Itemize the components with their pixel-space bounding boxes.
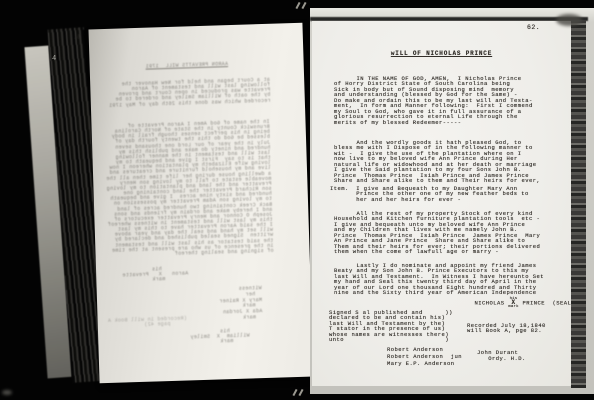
bleedthrough-will-body: In the name of God Amen I Aaron Prevatte…	[105, 120, 274, 259]
pencil-mark-top-2	[301, 2, 306, 9]
bleedthrough-title-text: AARON PREVATTS WILL 1791	[145, 61, 228, 70]
bleedthrough-recorded-note: (Recorded in will Book A page 42)	[108, 317, 188, 330]
paragraph-item-bequest: Item. I give and Bequeath to my Daughter…	[330, 186, 529, 202]
bleedthrough-witness-smiley: his William X Smiley mark	[190, 329, 250, 346]
pencil-mark-bottom-2	[298, 389, 303, 396]
bleedthrough-title: AARON PREVATTS WILL 1791	[89, 55, 303, 77]
left-page-number-bleed: 6.	[73, 35, 81, 40]
his-mark-x: hisXmark	[508, 297, 518, 309]
ordinary-signature: John Durant Ordy. H.D.	[477, 350, 526, 362]
paragraph-residue: All the rest of my property Stock of eve…	[334, 211, 540, 255]
bleedthrough-probate-paragraph: at a Court began and held for New Hanove…	[108, 78, 270, 109]
pencil-mark-bottom-1	[292, 389, 297, 396]
page-number: 62.	[527, 25, 540, 30]
bleedthrough-signature: his Aaron X Prevatte mark	[122, 266, 188, 284]
attestation-clause: Signed S al published and )) declared to…	[329, 310, 453, 343]
will-title: wILL OF NICHOLAS PRINCE	[312, 51, 571, 56]
testator-signature: NICHOLAS hisXmark PRINCE (SEAL)	[452, 292, 575, 315]
scanned-will-document: 4 6. AARON PREVATTS WILL 1791 at a Court…	[0, 0, 594, 400]
right-page: 62. wILL OF NICHOLAS PRINCE IN THE NAME …	[312, 21, 571, 386]
signature-name-first: NICHOLAS	[475, 300, 509, 307]
bottom-left-smudge	[2, 390, 12, 395]
paragraph-lastly: Lastly I do nominate and appoint my frie…	[334, 263, 544, 296]
signature-name-last: PRINCE (SEAL)	[519, 300, 575, 307]
top-right-smudge	[556, 14, 582, 26]
paragraph-opening: IN THE NAME OF GOD, AMEN, I Nicholas Pri…	[334, 76, 533, 125]
paragraph-worldly-goods: And the wordly goods it hath pleased God…	[334, 140, 540, 184]
recorded-note: Recorded July 18,1840 will Book A, pge 8…	[467, 323, 546, 334]
mark-label: mark	[508, 305, 518, 309]
page-edge-texture	[571, 20, 586, 388]
witness-list: Robert Anderson Robert Anderson jun Mary…	[387, 346, 462, 367]
spine-mark: 4	[52, 55, 56, 63]
bleedthrough-witnesses: Witness her Mary X Rainer mark Ada X Jor…	[219, 286, 263, 322]
left-page: 6. AARON PREVATTS WILL 1791 at a Court b…	[88, 23, 313, 384]
pencil-mark-top-1	[295, 2, 300, 9]
